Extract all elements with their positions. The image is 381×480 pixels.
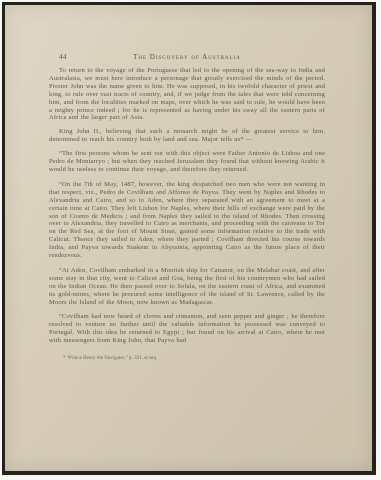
page-title: The Discovery of Australia — [49, 53, 325, 61]
book-page: 44 The Discovery of Australia To return … — [5, 5, 372, 471]
footnote: * “Prince Henry the Navigator,” p. 321, … — [63, 356, 325, 361]
page-frame-border: 44 The Discovery of Australia To return … — [2, 2, 376, 475]
paragraph-quoted: “On the 7th of May, 1487, however, the k… — [49, 181, 325, 260]
body-text: To return to the voyage of the Portugues… — [49, 67, 325, 345]
scan-background: 44 The Discovery of Australia To return … — [0, 0, 381, 480]
running-head: 44 The Discovery of Australia — [49, 53, 325, 67]
paragraph: To return to the voyage of the Portugues… — [49, 67, 325, 122]
paragraph: King John II., believing that such a mon… — [49, 128, 325, 144]
page-content: 44 The Discovery of Australia To return … — [49, 53, 325, 361]
paragraph-quoted: “At Aden, Covilham embarked in a Moorish… — [49, 267, 325, 307]
paragraph-quoted: “The first persons whom he sent out with… — [49, 150, 325, 174]
paragraph-quoted: “Covilham had now heard of cloves and ci… — [49, 313, 325, 345]
